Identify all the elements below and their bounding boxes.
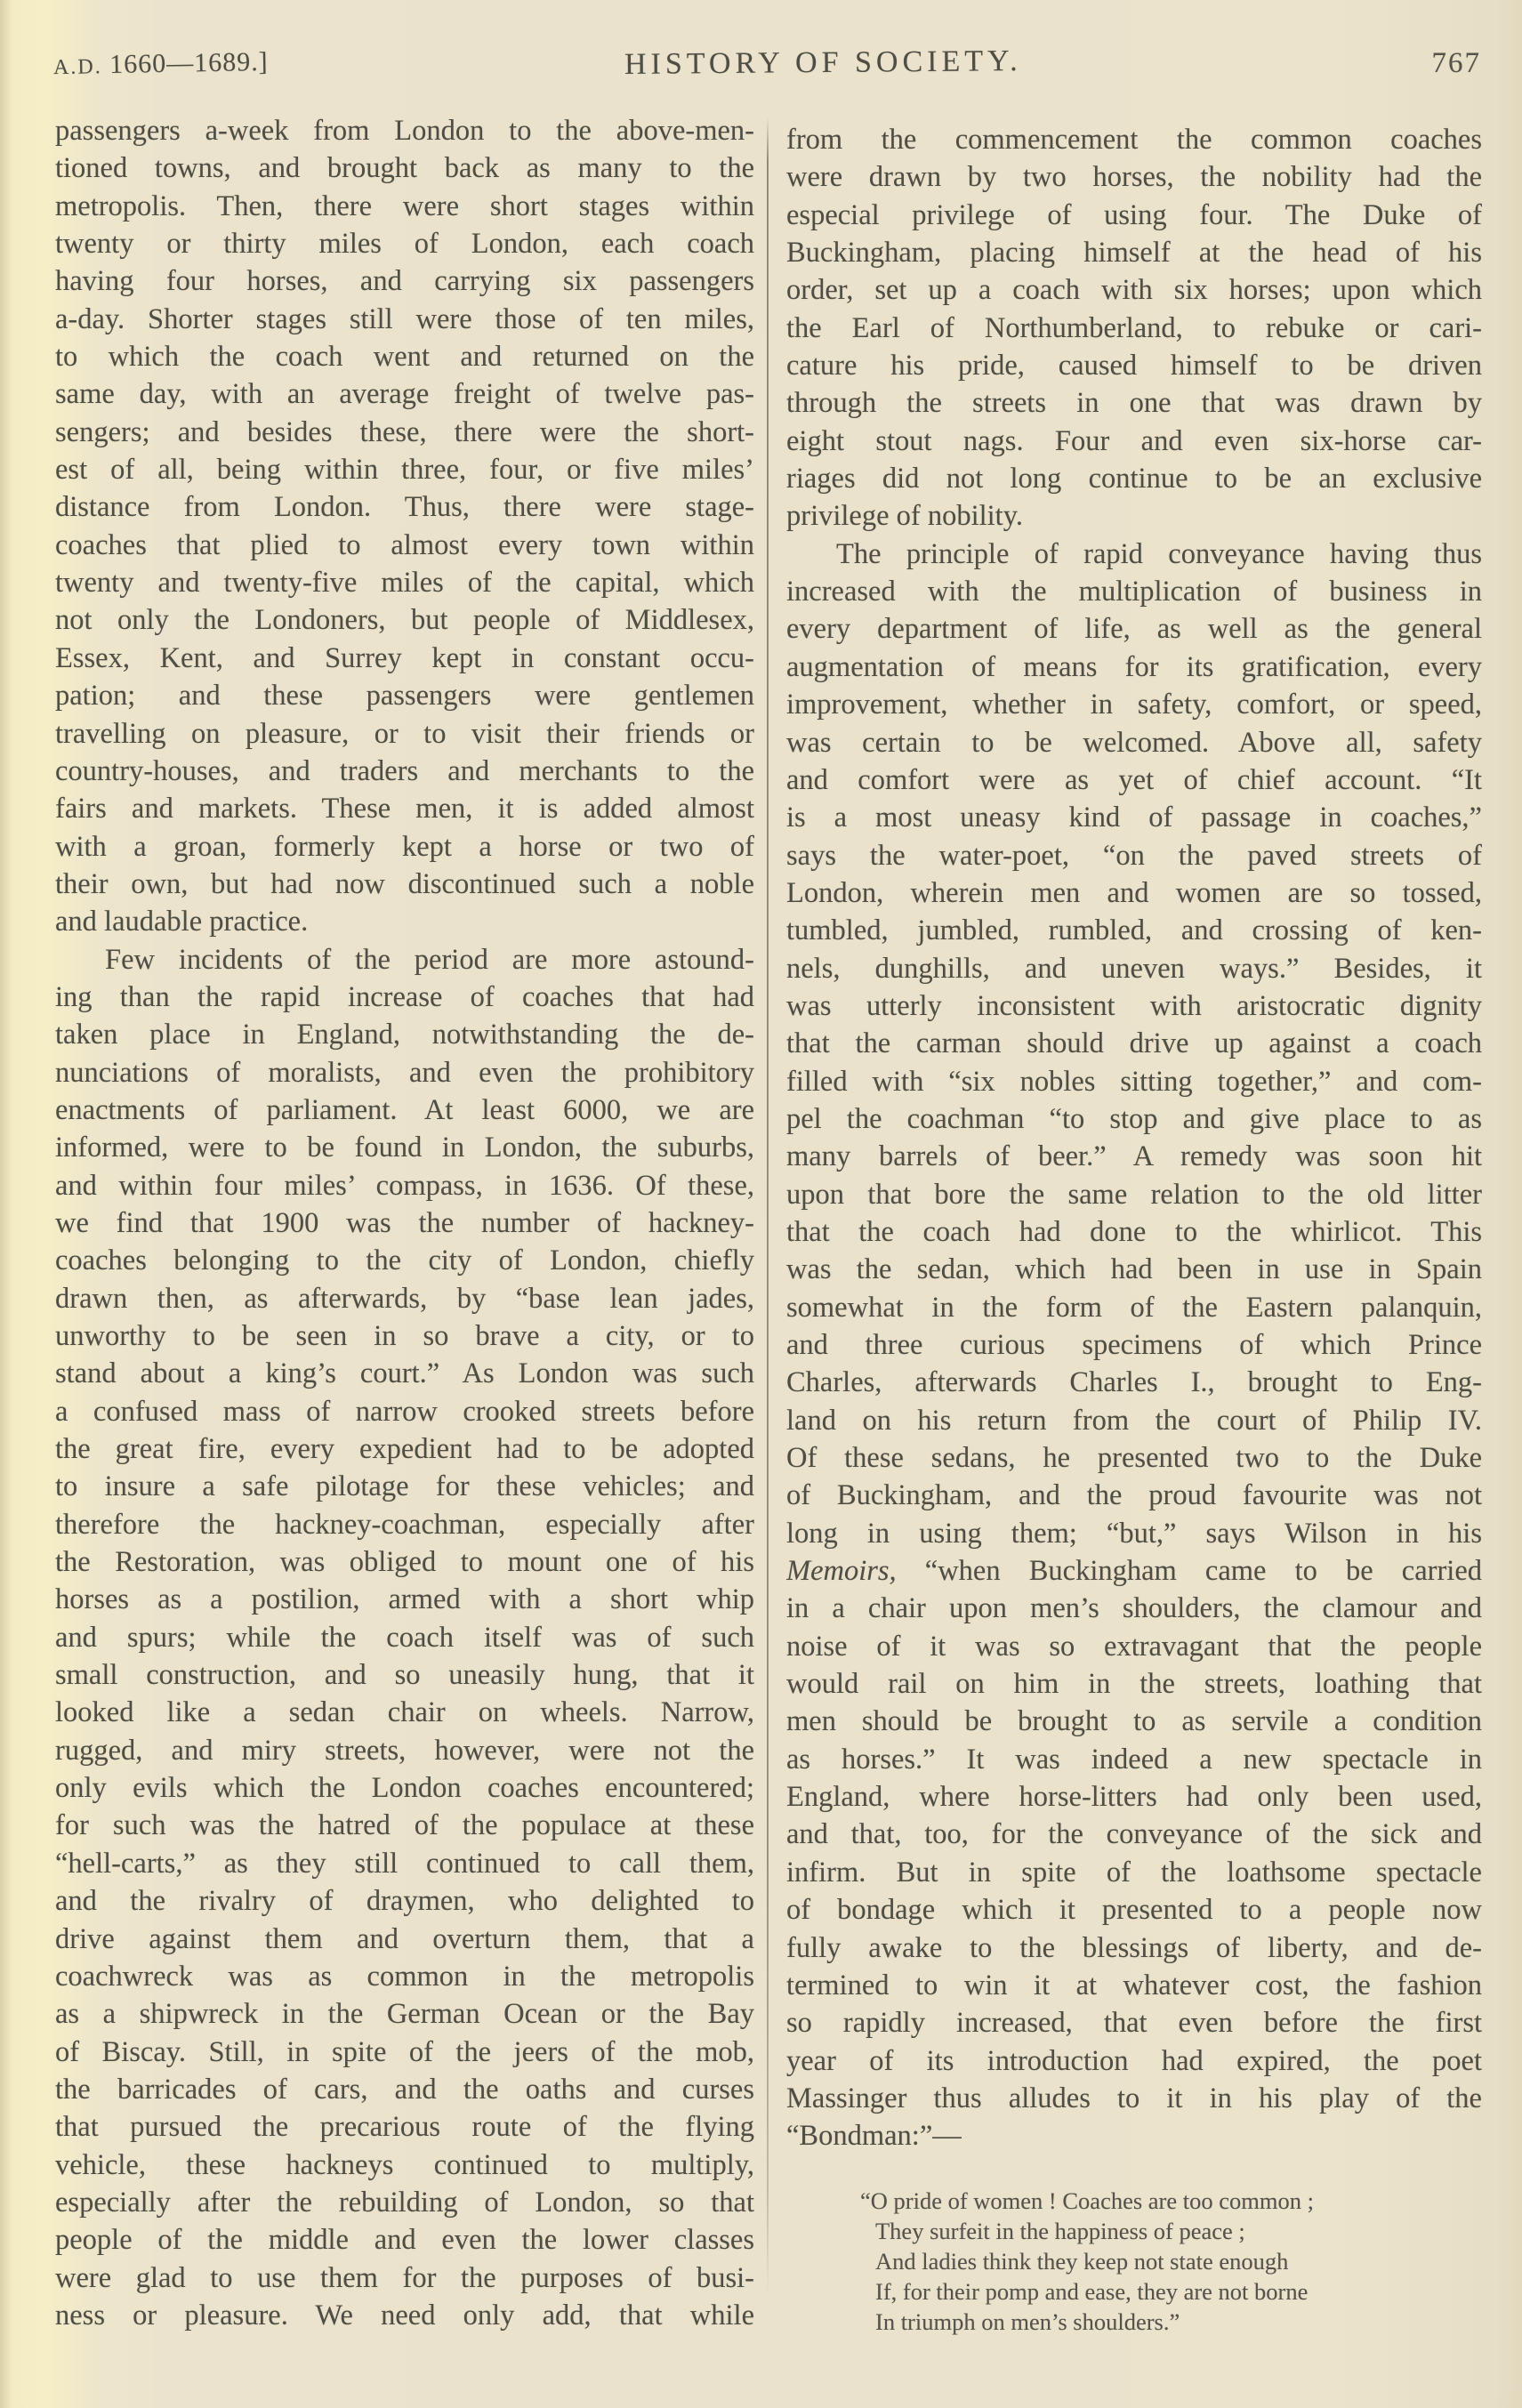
text-line: sengers; and besides these, there were t…	[55, 414, 754, 451]
text-line: fairs and markets. These men, it is adde…	[55, 790, 754, 827]
text-line: we find that 1900 was the number of hack…	[55, 1204, 754, 1242]
text-line: noise of it was so extravagant that the …	[786, 1628, 1482, 1665]
text-column-right: from the commencement the common coaches…	[786, 121, 1482, 2337]
text-line: their own, but had now discontinued such…	[55, 866, 754, 903]
text-line: was utterly inconsistent with aristocrat…	[786, 987, 1482, 1025]
text-line: so rapidly increased, that even before t…	[786, 2004, 1482, 2042]
text-line: small construction, and so uneasily hung…	[55, 1656, 754, 1694]
text-line: fully awake to the blessings of liberty,…	[786, 1929, 1482, 1967]
text-line: informed, were to be found in London, th…	[55, 1129, 754, 1166]
text-line: Massinger thus alludes to it in his play…	[786, 2080, 1482, 2117]
text-column-left: passengers a-week from London to the abo…	[55, 112, 754, 2334]
text-line: upon that bore the same relation to the …	[786, 1176, 1482, 1213]
text-line: horses as a postilion, armed with a shor…	[55, 1581, 754, 1618]
text-line: somewhat in the form of the Eastern pala…	[786, 1289, 1482, 1326]
text-line: London, wherein men and women are so tos…	[786, 874, 1482, 912]
text-line: men should be brought to as servile a co…	[786, 1703, 1482, 1740]
book-page: A.D. 1660—1689.] HISTORY OF SOCIETY. 767…	[0, 0, 1522, 2408]
text-line: vehicle, these hackneys continued to mul…	[55, 2146, 754, 2184]
text-line: nels, dunghills, and uneven ways.” Besid…	[786, 950, 1482, 987]
text-line: distance from London. Thus, there were s…	[55, 488, 754, 526]
text-line: the barricades of cars, and the oaths an…	[55, 2071, 754, 2108]
text-line: taken place in England, notwithstanding …	[55, 1016, 754, 1053]
text-line: long in using them; “but,” says Wilson i…	[786, 1515, 1482, 1552]
text-line: of bondage which it presented to a peopl…	[786, 1891, 1482, 1929]
text-line: drive against them and overturn them, th…	[55, 1921, 754, 1958]
text-line: to insure a safe pilotage for these vehi…	[55, 1468, 754, 1505]
text-line: as horses.” It was indeed a new spectacl…	[786, 1741, 1482, 1778]
text-line: every department of life, as well as the…	[786, 610, 1482, 648]
text-line: nunciations of moralists, and even the p…	[55, 1054, 754, 1091]
text-line: England, where horse-litters had only be…	[786, 1778, 1482, 1816]
verse-line: If, for their pomp and ease, they are no…	[875, 2276, 1482, 2307]
verse-quotation: “O pride of women ! Coaches are too comm…	[786, 2186, 1482, 2337]
text-line: were drawn by two horses, the nobility h…	[786, 158, 1482, 196]
text-line: a-day. Shorter stages still were those o…	[55, 301, 754, 338]
text-line: having four horses, and carrying six pas…	[55, 262, 754, 300]
text-line: privilege of nobility.	[786, 497, 1482, 535]
text-line: ing than the rapid increase of coaches t…	[55, 979, 754, 1016]
text-line: passengers a-week from London to the abo…	[55, 112, 754, 149]
text-line: tumbled, jumbled, rumbled, and crossing …	[786, 912, 1482, 949]
text-span: “when Buckingham came to be carried	[897, 1555, 1482, 1587]
text-line: therefore the hackney-coachman, especial…	[55, 1506, 754, 1543]
verse-line: And ladies think they keep not state eno…	[875, 2246, 1482, 2276]
text-line: termined to win it at whatever cost, the…	[786, 1967, 1482, 2004]
text-line: stand about a king’s court.” As London w…	[55, 1355, 754, 1392]
text-line: cature his pride, caused himself to be d…	[786, 347, 1482, 384]
text-line: tioned towns, and brought back as many t…	[55, 149, 754, 187]
text-line: improvement, whether in safety, comfort,…	[786, 686, 1482, 723]
column-divider-rule	[767, 117, 769, 2297]
text-line: “Bondman:”—	[786, 2117, 1482, 2154]
text-line: not only the Londoners, but people of Mi…	[55, 601, 754, 639]
page-header: A.D. 1660—1689.] HISTORY OF SOCIETY. 767	[53, 46, 1481, 100]
text-line: twenty and twenty-five miles of the capi…	[55, 564, 754, 601]
verse-line: “O pride of women ! Coaches are too comm…	[875, 2186, 1482, 2216]
text-line: ness or pleasure. We need only add, that…	[55, 2297, 754, 2334]
text-line: pation; and these passengers were gentle…	[55, 677, 754, 714]
text-line: says the water-poet, “on the paved stree…	[786, 837, 1482, 874]
text-line: with a groan, formerly kept a horse or t…	[55, 828, 754, 866]
text-line: only evils which the London coaches enco…	[55, 1769, 754, 1807]
era-prefix: A.D.	[53, 55, 102, 79]
text-line: a confused mass of narrow crooked street…	[55, 1393, 754, 1430]
text-line: order, set up a coach with six horses; u…	[786, 271, 1482, 309]
text-line: same day, with an average freight of twe…	[55, 375, 754, 413]
text-line: that the carman should drive up against …	[786, 1025, 1482, 1062]
text-line: Of these sedans, he presented two to the…	[786, 1439, 1482, 1477]
text-line: Memoirs, “when Buckingham came to be car…	[786, 1552, 1482, 1590]
text-line: that pursued the precarious route of the…	[55, 2108, 754, 2146]
text-line: filled with “six nobles sitting together…	[786, 1063, 1482, 1100]
text-line: coaches belonging to the city of London,…	[55, 1242, 754, 1279]
text-line: est of all, being within three, four, or…	[55, 451, 754, 488]
text-line: many barrels of beer.” A remedy was soon…	[786, 1138, 1482, 1175]
text-line: was certain to be welcomed. Above all, s…	[786, 724, 1482, 761]
text-line: coaches that plied to almost every town …	[55, 527, 754, 564]
text-line: were glad to use them for the purposes o…	[55, 2259, 754, 2297]
text-line: Few incidents of the period are more ast…	[55, 941, 754, 979]
text-line: and comfort were as yet of chief account…	[786, 761, 1482, 799]
text-line: riages did not long continue to be an ex…	[786, 460, 1482, 497]
text-line: through the streets in one that was draw…	[786, 384, 1482, 422]
text-line: and that, too, for the conveyance of the…	[786, 1816, 1482, 1853]
text-line: Charles, afterwards Charles I., brought …	[786, 1364, 1482, 1401]
text-line: increased with the multiplication of bus…	[786, 573, 1482, 610]
text-line: land on his return from the court of Phi…	[786, 1402, 1482, 1439]
text-line: and the rivalry of draymen, who delighte…	[55, 1882, 754, 1920]
text-line: especially after the rebuilding of Londo…	[55, 2184, 754, 2221]
text-line: year of its introduction had expired, th…	[786, 2042, 1482, 2080]
text-line: pel the coachman “to stop and give place…	[786, 1100, 1482, 1138]
text-line: the Restoration, was obliged to mount on…	[55, 1543, 754, 1581]
text-line: Buckingham, placing himself at the head …	[786, 234, 1482, 271]
text-line: infirm. But in spite of the loathsome sp…	[786, 1854, 1482, 1891]
text-line: to which the coach went and returned on …	[55, 338, 754, 375]
text-line: would rail on him in the streets, loathi…	[786, 1665, 1482, 1703]
text-line: from the commencement the common coaches	[786, 121, 1482, 158]
text-line: of Buckingham, and the proud favourite w…	[786, 1477, 1482, 1514]
text-line: Essex, Kent, and Surrey kept in constant…	[55, 640, 754, 677]
text-line: The principle of rapid conveyance having…	[786, 536, 1482, 573]
text-line: travelling on pleasure, or to visit thei…	[55, 715, 754, 753]
text-line: drawn then, as afterwards, by “base lean…	[55, 1280, 754, 1317]
page-number: 767	[1432, 47, 1482, 80]
text-line: coachwreck was as common in the metropol…	[55, 1958, 754, 1995]
text-line: and spurs; while the coach itself was of…	[55, 1619, 754, 1656]
text-line: the great fire, every expedient had to b…	[55, 1430, 754, 1468]
text-line: rugged, and miry streets, however, were …	[55, 1732, 754, 1769]
running-date: A.D. 1660—1689.]	[53, 47, 269, 81]
text-line: for such was the hatred of the populace …	[55, 1807, 754, 1844]
text-line: metropolis. Then, there were short stage…	[55, 188, 754, 225]
text-line: of Biscay. Still, in spite of the jeers …	[55, 2034, 754, 2071]
text-line: augmentation of means for its gratificat…	[786, 648, 1482, 686]
text-line: the Earl of Northumberland, to rebuke or…	[786, 310, 1482, 347]
text-line: enactments of parliament. At least 6000,…	[55, 1091, 754, 1129]
text-line: is a most uneasy kind of passage in coac…	[786, 799, 1482, 836]
italic-text: Memoirs,	[786, 1555, 897, 1587]
verse-line: In triumph on men’s shoulders.”	[875, 2307, 1482, 2337]
right-column-body: from the commencement the common coaches…	[786, 121, 1482, 2155]
text-line: people of the middle and even the lower …	[55, 2221, 754, 2259]
text-line: that the coach had done to the whirlicot…	[786, 1213, 1482, 1251]
era-range: 1660—1689.]	[109, 47, 269, 79]
text-line: eight stout nags. Four and even six-hors…	[786, 423, 1482, 460]
page-title: HISTORY OF SOCIETY.	[624, 44, 1022, 82]
text-line: unworthy to be seen in so brave a city, …	[55, 1317, 754, 1355]
text-line: and within four miles’ compass, in 1636.…	[55, 1167, 754, 1204]
text-line: in a chair upon men’s shoulders, the cla…	[786, 1590, 1482, 1627]
text-line: especial privilege of using four. The Du…	[786, 197, 1482, 234]
text-line: and laudable practice.	[55, 903, 754, 940]
text-line: looked like a sedan chair on wheels. Nar…	[55, 1694, 754, 1731]
text-line: was the sedan, which had been in use in …	[786, 1251, 1482, 1288]
text-line: as a shipwreck in the German Ocean or th…	[55, 1995, 754, 2033]
text-line: twenty or thirty miles of London, each c…	[55, 225, 754, 262]
text-line: country-houses, and traders and merchant…	[55, 753, 754, 790]
verse-line: They surfeit in the happiness of peace ;	[875, 2216, 1482, 2246]
text-line: and three curious specimens of which Pri…	[786, 1326, 1482, 1364]
text-line: “hell-carts,” as they still continued to…	[55, 1845, 754, 1882]
